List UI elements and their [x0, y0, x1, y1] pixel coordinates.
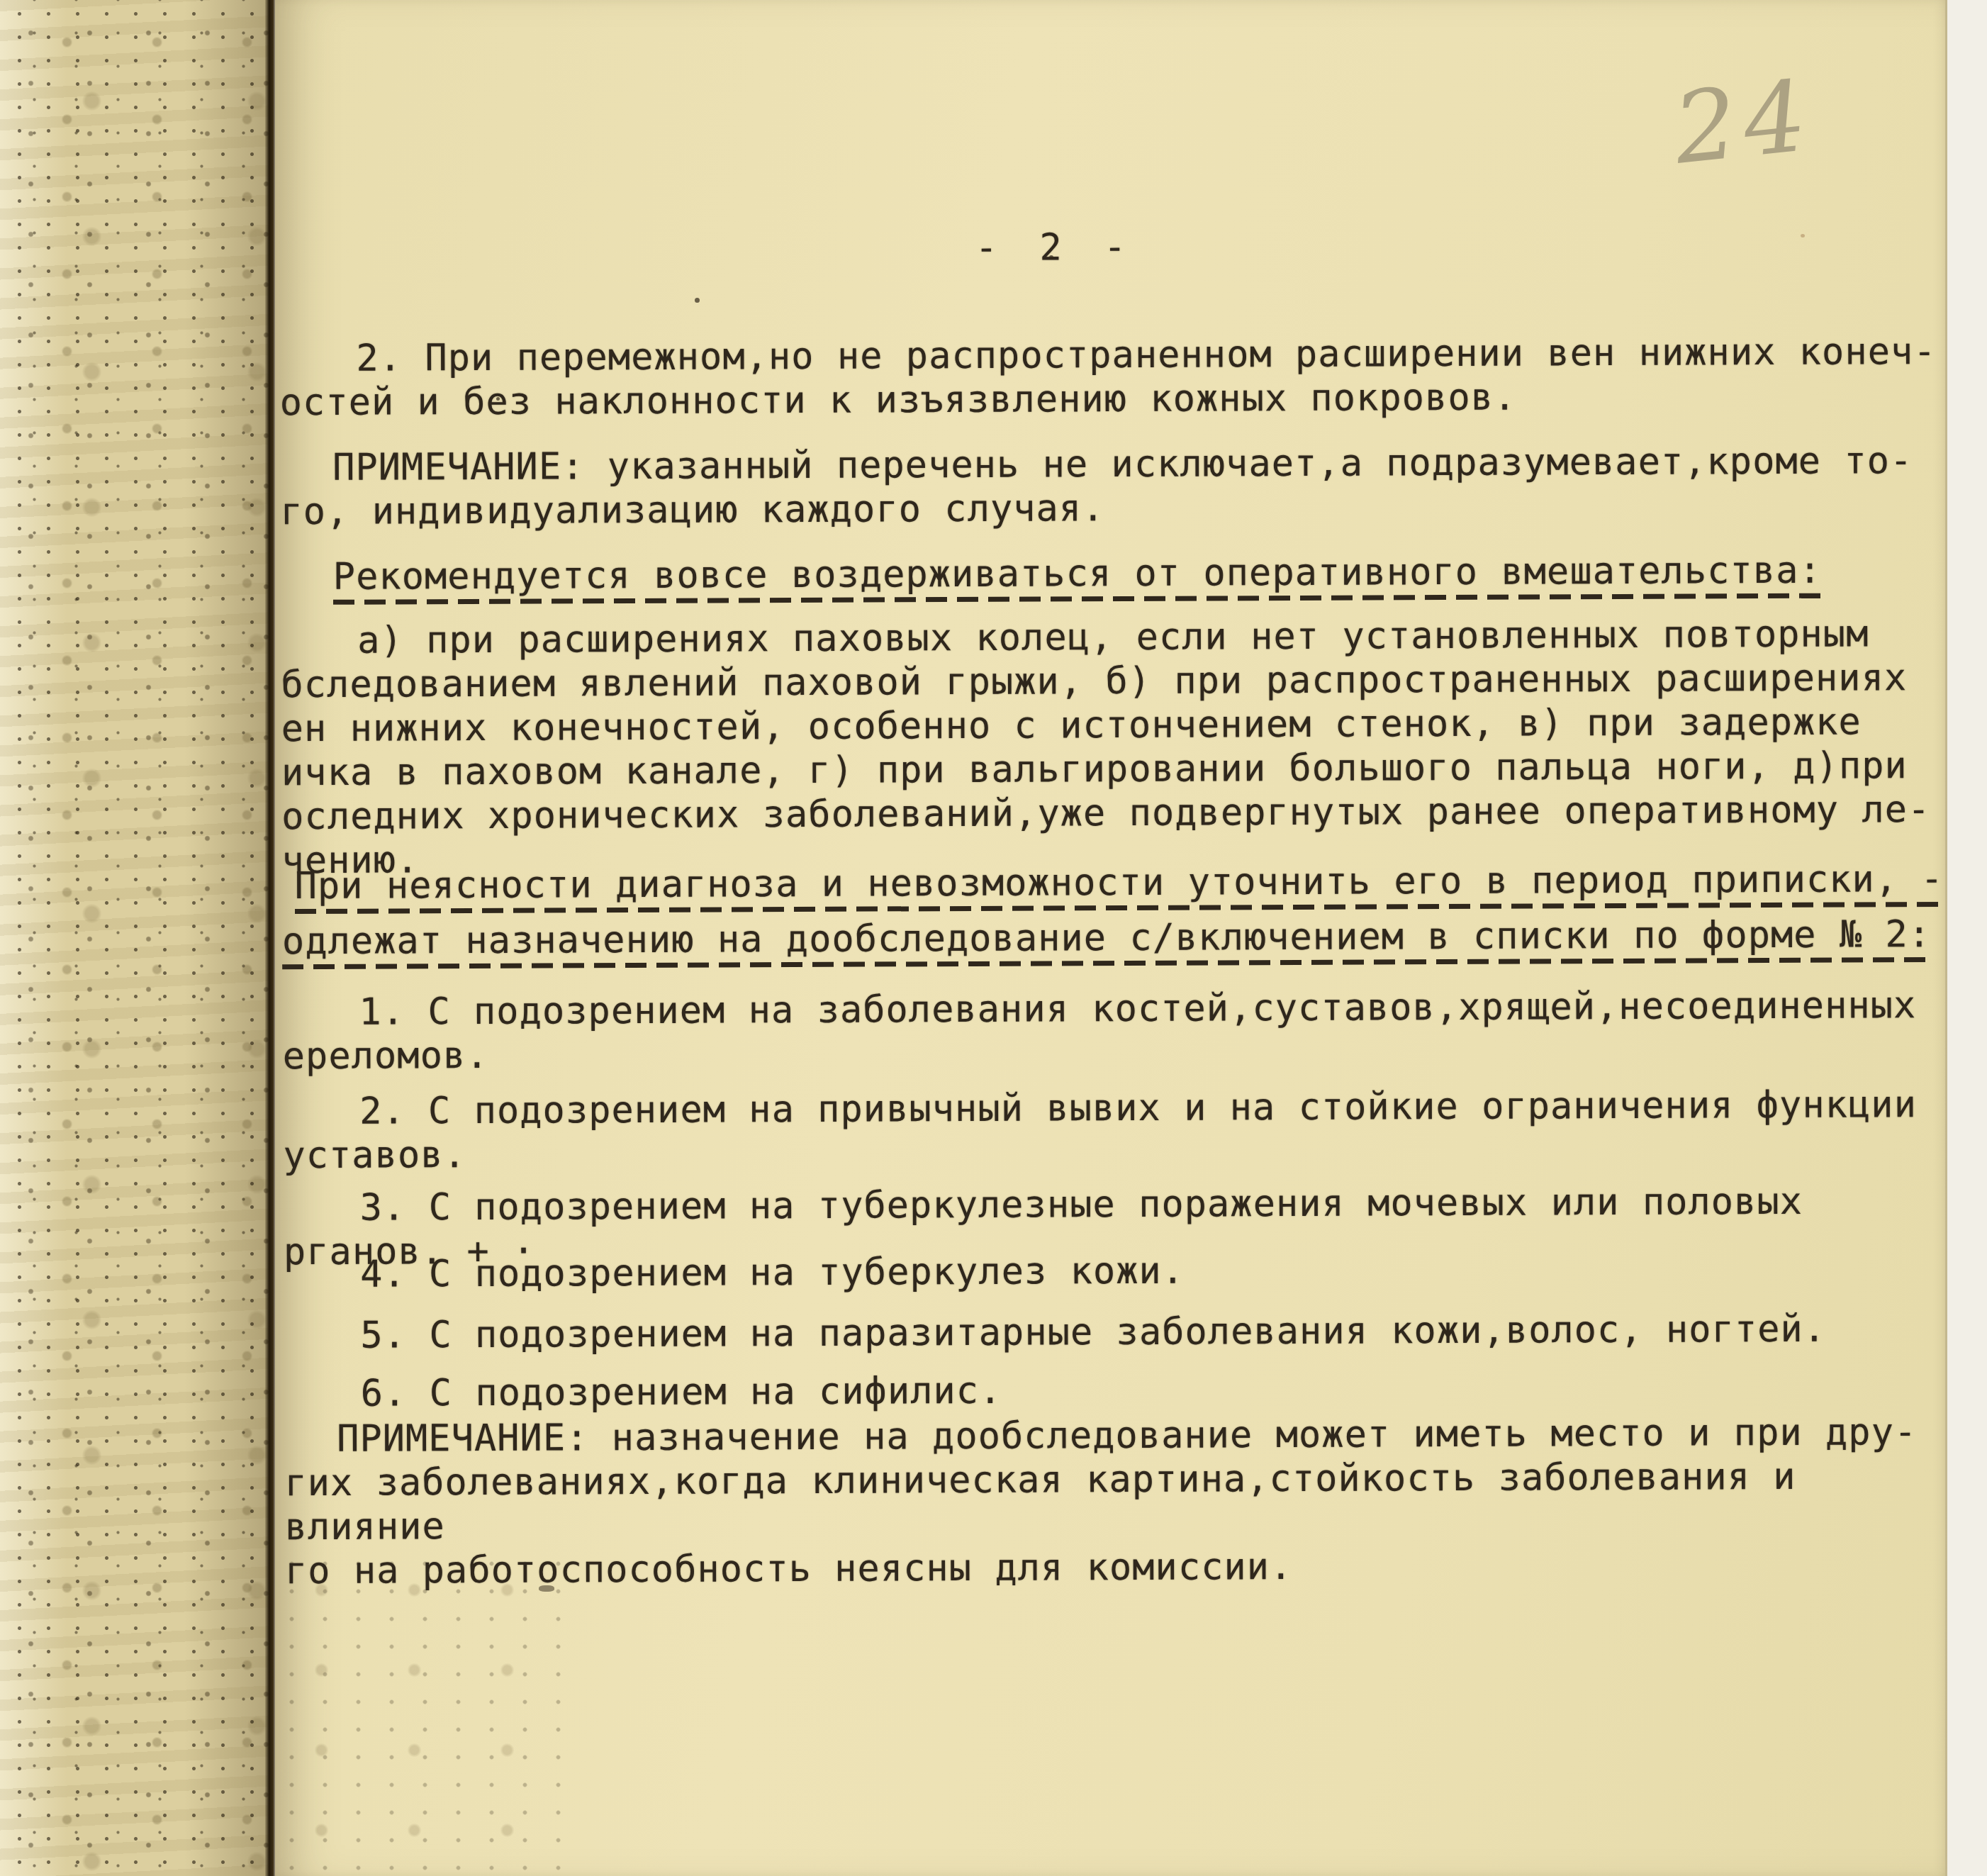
- note-paragraph-1: ПРИМЕЧАНИЕ: указанный перечень не исключ…: [280, 439, 1964, 534]
- underlined-heading-line: одлежат назначению на дообследование с/в…: [282, 913, 1931, 969]
- ink-speck: [695, 298, 700, 303]
- text-line: ичка в паховом канале, г) при вальгирова…: [281, 744, 1908, 794]
- text-line: а) при расширениях паховых колец, если н…: [357, 613, 1869, 661]
- text-line: ПРИМЕЧАНИЕ: назначение на дообследование…: [337, 1411, 1917, 1461]
- text-line: остей и без наклонности к изъязвлению ко…: [280, 376, 1517, 425]
- text-line: го на работоспособность неясны для комис…: [285, 1546, 1293, 1592]
- text-line: 5. С подозрением на паразитарные заболев…: [360, 1308, 1826, 1357]
- note-paragraph-2: ПРИМЕЧАНИЕ: назначение на дообследование…: [284, 1410, 1969, 1593]
- intro-paragraph: 2. При перемежном,но не распространенном…: [279, 330, 1964, 425]
- underlined-heading-line: При неясности диагноза и невозможности у…: [295, 858, 1944, 914]
- list-item-5: 5. С подозрением на паразитарные заболев…: [284, 1307, 1967, 1358]
- text-line: ен нижних конечностей, особенно с истонч…: [281, 700, 1862, 750]
- list-item-2: 2. С подозрением на привычный вывих и на…: [283, 1083, 1967, 1178]
- text-line: ПРИМЕЧАНИЕ: указанный перечень не исключ…: [332, 440, 1913, 489]
- text-line: 4. С подозрением на туберкулез кожи.: [360, 1250, 1185, 1296]
- list-item-4: 4. С подозрением на туберкулез кожи.: [284, 1246, 1967, 1297]
- list-item-1: 1. С подозрением на заболевания костей,с…: [282, 983, 1966, 1078]
- text-line: 1. С подозрением на заболевания костей,с…: [359, 984, 1916, 1034]
- typed-text-layer: - 2 - 2. При перемежном,но не распростра…: [278, 0, 1970, 1876]
- scanned-document: 24 - 2 - 2. При перемежном,но не распрос…: [0, 0, 1987, 1876]
- ink-speck: [496, 397, 500, 401]
- text-line: 3. С подозрением на туберкулезные пораже…: [360, 1180, 1803, 1229]
- text-line: 2. При перемежном,но не распространенном…: [356, 330, 1936, 380]
- text-line: 2. С подозрением на привычный вывих и на…: [359, 1083, 1917, 1133]
- text-line: ереломов.: [283, 1034, 489, 1078]
- recommendation-heading: Рекомендуется вовсе воздерживаться от оп…: [281, 548, 1964, 599]
- text-line: 6. С подозрением на сифилис.: [361, 1370, 1002, 1415]
- text-line: оследних хронических заболеваний,уже под…: [281, 788, 1930, 838]
- typed-page-number: - 2 -: [279, 219, 1987, 274]
- diagnosis-heading: При неясности диагноза и невозможности у…: [282, 852, 1966, 969]
- text-line: бследованием явлений паховой грыжи, б) п…: [281, 657, 1907, 706]
- text-line: го, индивидуализацию каждого случая.: [280, 487, 1104, 533]
- list-item-6: 6. С подозрением на сифилис.: [284, 1365, 1968, 1416]
- text-line: уставов.: [283, 1134, 466, 1177]
- book-binding-texture: [0, 0, 271, 1876]
- paper-stain: [1801, 234, 1805, 238]
- ink-speck: [1049, 255, 1053, 259]
- underlined-heading-text: Рекомендуется вовсе воздерживаться от оп…: [333, 549, 1822, 605]
- contraindication-paragraph: а) при расширениях паховых колец, если н…: [281, 612, 1966, 883]
- ink-smudge: [539, 1585, 554, 1592]
- page-number-text: - 2 -: [975, 226, 1136, 269]
- text-line: гих заболеваниях,когда клиническая карти…: [284, 1456, 1819, 1548]
